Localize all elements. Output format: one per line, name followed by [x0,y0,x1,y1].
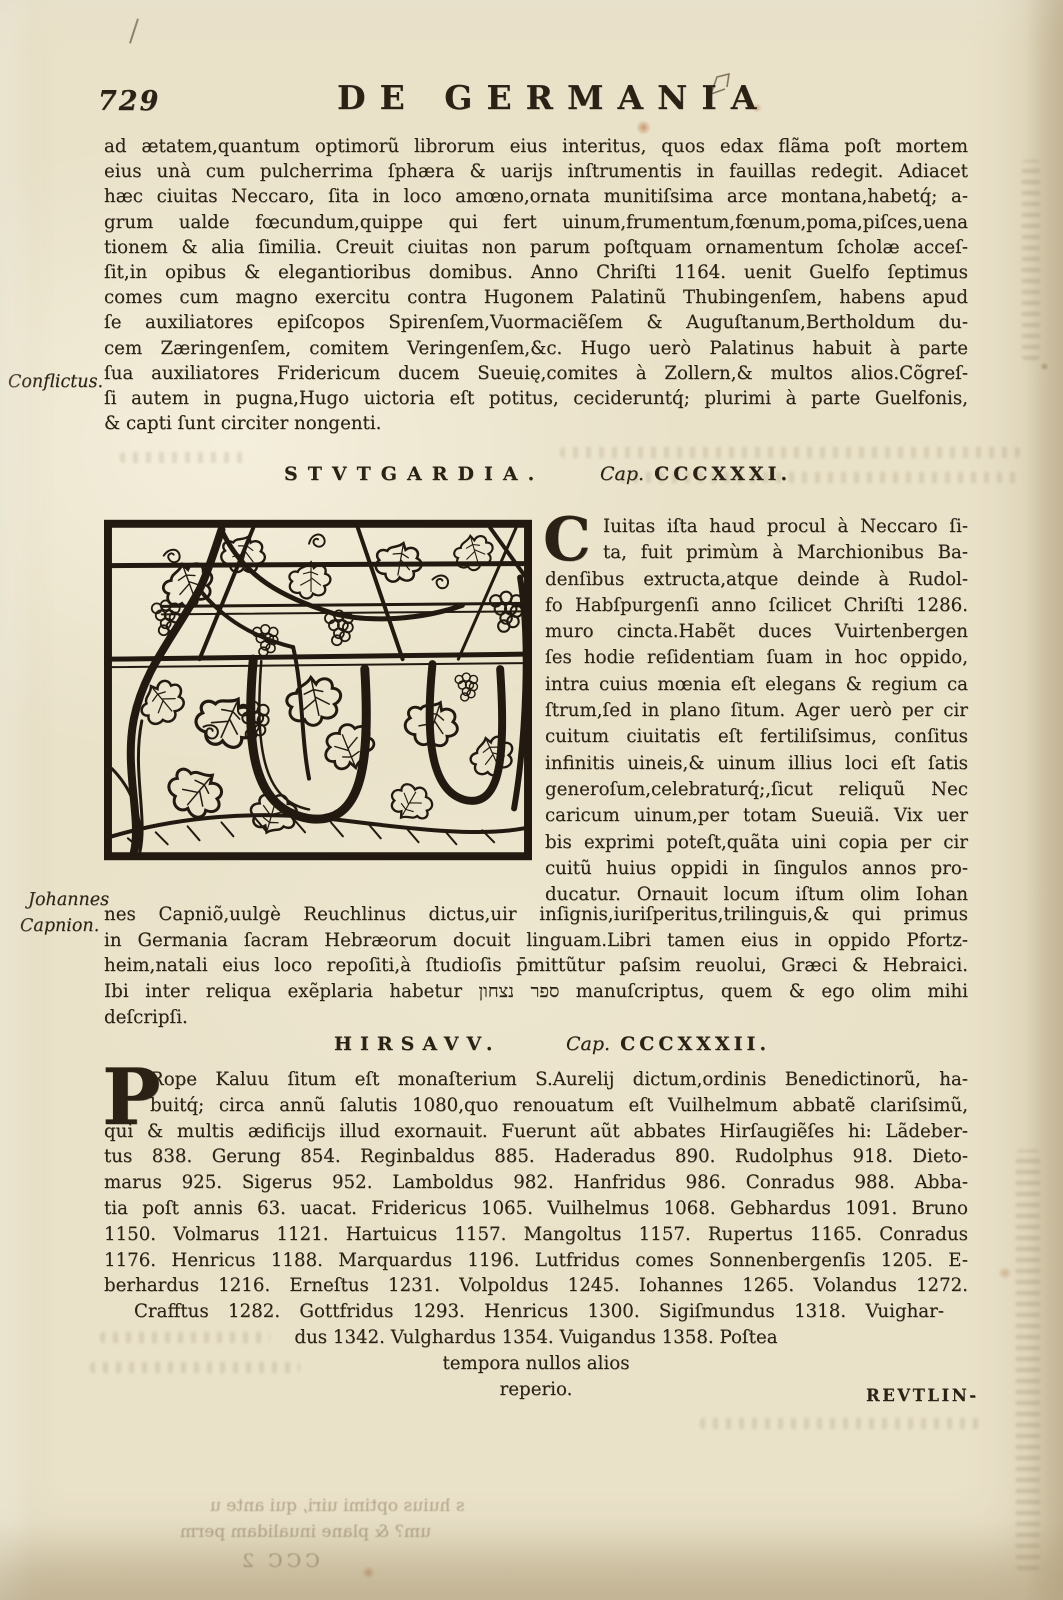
text-line: eius unà cum pulcherrima ſphæra & uarijs… [104,159,968,184]
text-line: ſit,in opibus & elegantioribus domibus. … [104,260,968,285]
section-heading-hirsau: HIRSAVV. [334,1033,501,1055]
text-line: generoſum,celebraturq́;,ſicut reliquũ Ne… [545,777,968,803]
text-line: infinitis uineis,& uinum illius loci eſt… [545,751,968,777]
margin-note-johannes: Johannes [28,890,109,910]
chapter-roman-numeral: CCCXXXII. [620,1033,770,1055]
section-heading-stutgardia: STVTGARDIA. [284,463,544,485]
text-line: deſcripſi. [104,1005,968,1031]
text-line: buitq́; circa annũ ſalutis 1080,quo reno… [104,1093,968,1119]
text-line: denſibus extructa,atque deinde à Rudol- [545,567,968,593]
page-number: 729 [98,86,160,117]
text-line: tempora nullos alios [104,1351,968,1377]
text-line: intra cuius mœnia eſt elegans & regium c… [545,672,968,698]
text-line: qui & multis ædificijs illud exornauit. … [104,1119,968,1145]
text-line: Ibi inter reliqua exẽplaria habetur ספר … [104,979,968,1005]
chapter-number-hirsau: Cap.CCCXXXII. [566,1033,770,1055]
intro-paragraph: ad ætatem,quantum optimorũ librorum eius… [104,134,968,436]
text-line: reperio. [104,1377,968,1403]
pen-slash-mark [129,18,139,43]
text-line: berhardus 1216. Erneſtus 1231. Volpoldus… [104,1273,968,1299]
text-line: bis exprimi poteſt,quãta uini copia per … [545,830,968,856]
rust-stain [636,120,651,135]
text-line: cem Zæringenſem, comitem Veringenſem,&c.… [104,336,968,361]
text-line: cuitũ huius oppidi in ſingulos annos pro… [545,856,968,882]
text-line: ſtrum,ſed in plano ſitum. Ager uerò per … [545,698,968,724]
chapter-roman-numeral: CCCXXXI. [654,463,791,485]
scanned-book-page: 729 DE GERMANIA ad ætatem,quantum optimo… [0,0,1063,1600]
rust-stain [362,1566,375,1579]
chapter-label: Cap. [566,1033,610,1055]
margin-note-capnion: Capnion. [20,916,99,936]
text-line: tus 838. Gerung 854. Reginbaldus 885. Ha… [104,1144,968,1170]
bleedthrough-text: s huius optimi uiri, qui ante u [210,1496,465,1516]
text-line: 1176. Henricus 1188. Marquardus 1196. Lu… [104,1248,968,1274]
text-line: marus 925. Sigerus 952. Lamboldus 982. H… [104,1170,968,1196]
text-line: comes cum magno exercitu contra Hugonem … [104,285,968,310]
chapter-label: Cap. [600,463,644,485]
text-line: 1150. Volmarus 1121. Hartuicus 1157. Man… [104,1222,968,1248]
chapter-number-stutgardia: Cap.CCCXXXI. [600,463,791,485]
text-line: grum ualde fœcundum,quippe qui fert uinu… [104,210,968,235]
text-line: fo Habſpurgenſi anno ſcilicet Chriſti 12… [545,593,968,619]
text-line: caricum uinum,per totam Sueuiã. Vix uer [545,803,968,829]
hirsau-paragraph: Rope Kaluu ſitum eſt monaſterium S.Aurel… [104,1067,968,1402]
text-line: Rope Kaluu ſitum eſt monaſterium S.Aurel… [104,1067,968,1093]
text-line: ſe auxiliatores epiſcopos Spirenſem,Vuor… [104,310,968,335]
text-line: cuitum ciuitatis eſt fertiliſsimus, conſ… [545,724,968,750]
text-line: muro cincta.Habẽt duces Vuirtenbergen [545,619,968,645]
bleedthrough-signature: CCC 2 [238,1550,320,1572]
text-line: Crafftus 1282. Gottfridus 1293. Henricus… [104,1299,968,1325]
text-line: tia poſt annis 63. uacat. Fridericus 106… [104,1196,968,1222]
text-line: ſes hodie reſidentiam ſuam in hoc oppido… [545,645,968,671]
bleedthrough-text: um? & plane inualidam perm [180,1522,431,1542]
bleedthrough-ghost [120,452,250,463]
bleedthrough-ghost [1022,160,1040,360]
margin-note-conflictus: Conflictus. [8,372,103,392]
bleedthrough-ghost [560,447,1020,458]
text-line: & capti ſunt circiter nongenti. [104,411,968,436]
bleedthrough-ghost [1016,1150,1040,1570]
text-line: hæc ciuitas Neccaro, ſita in loco amœno,… [104,184,968,209]
text-line: ad ætatem,quantum optimorũ librorum eius… [104,134,968,159]
text-line: ſi autem in pugna,Hugo uictoria eſt poti… [104,386,968,411]
rust-stain [998,1266,1012,1280]
capnion-paragraph: nes Capniõ,uulgè Reuchlinus dictus,uir i… [104,902,968,1031]
text-line: heim,natali eius loco repoſiti,à ſtudioſ… [104,953,968,979]
text-line: nes Capniõ,uulgè Reuchlinus dictus,uir i… [104,902,968,928]
running-head: DE GERMANIA [337,78,770,117]
stutgardia-column: Iuitas iſta haud procul à Neccaro ſi-ta,… [545,514,968,908]
catchword: REVTLIN- [866,1386,979,1405]
text-line: tionem & alia ſimilia. Creuit ciuitas no… [104,235,968,260]
text-line: dus 1342. Vulghardus 1354. Vuigandus 135… [104,1325,968,1351]
text-line: ſua auxiliatores Fridericum ducem Sueuię… [104,361,968,386]
rust-stain [1040,362,1049,371]
text-line: Iuitas iſta haud procul à Neccaro ſi- [545,514,968,540]
bleedthrough-ghost [700,1418,980,1429]
text-line: in Germania ſacram Hebræorum docuit ling… [104,928,968,954]
vine-trellis-woodcut [104,519,532,861]
text-line: ta, fuit primùm à Marchionibus Ba- [545,540,968,566]
